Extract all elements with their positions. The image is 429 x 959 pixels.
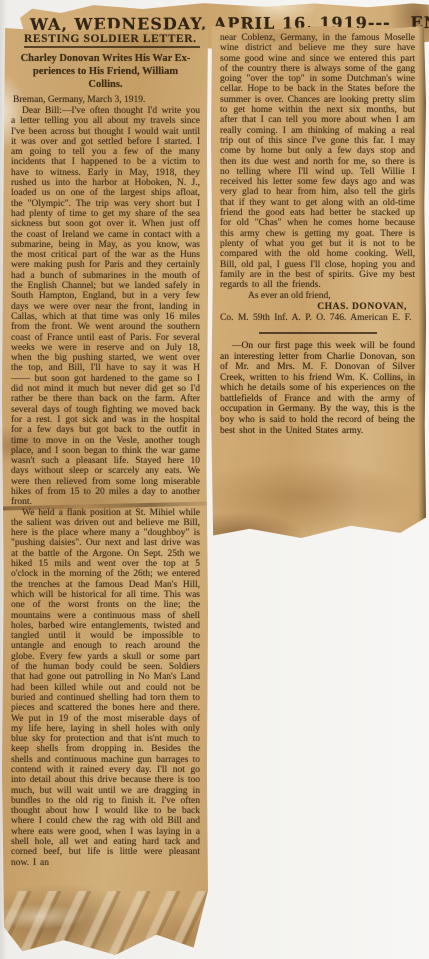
editor-note: —On our first page this week will be fou… — [220, 341, 415, 436]
divider-rule — [259, 332, 377, 334]
signature: CHAS. DONOVAN, — [220, 302, 415, 313]
letter-body-right: near Coblenz, Germany, in the famous Mos… — [220, 33, 415, 290]
article-headline-line-3: Collins. — [11, 78, 200, 91]
right-column-content: near Coblenz, Germany, in the famous Mos… — [220, 33, 415, 436]
crumple-overlay — [2, 891, 208, 955]
right-column-clipping: near Coblenz, Germany, in the famous Mos… — [211, 26, 426, 538]
unit-line: Co. M. 59th Inf. A. P. O. 746. American … — [220, 313, 415, 324]
left-column-content: RESTING SOLDIER LETTER. Charley Donovan … — [11, 33, 200, 868]
closing-line: As ever an old friend, — [248, 291, 415, 302]
left-column-clipping: RESTING SOLDIER LETTER. Charley Donovan … — [2, 28, 208, 955]
letter-paragraph-3: near Coblenz, Germany, in the famous Mos… — [220, 33, 415, 290]
section-headline: RESTING SOLDIER LETTER. — [24, 33, 200, 48]
letter-paragraph-1: Dear Bill:—I've often thought I'd write … — [11, 106, 200, 508]
article-headline-line-2: periences to His Friend, William — [11, 65, 200, 78]
letter-body-left: Dear Bill:—I've often thought I'd write … — [11, 106, 200, 868]
dark-torn-edge — [418, 26, 426, 538]
newspaper-clipping-scan: WA, WEDNESDAY, APRIL 16, 1919--- EN PAG … — [0, 0, 429, 959]
letter-paragraph-2: We held a flank position at St. Mihiel w… — [11, 508, 200, 868]
article-headline-line-1: Charley Donovan Writes His War Ex- — [11, 52, 200, 65]
article-headline: Charley Donovan Writes His War Ex- perie… — [11, 52, 200, 91]
dateline: Breman, Germany, March 3, 1919. — [13, 95, 200, 105]
